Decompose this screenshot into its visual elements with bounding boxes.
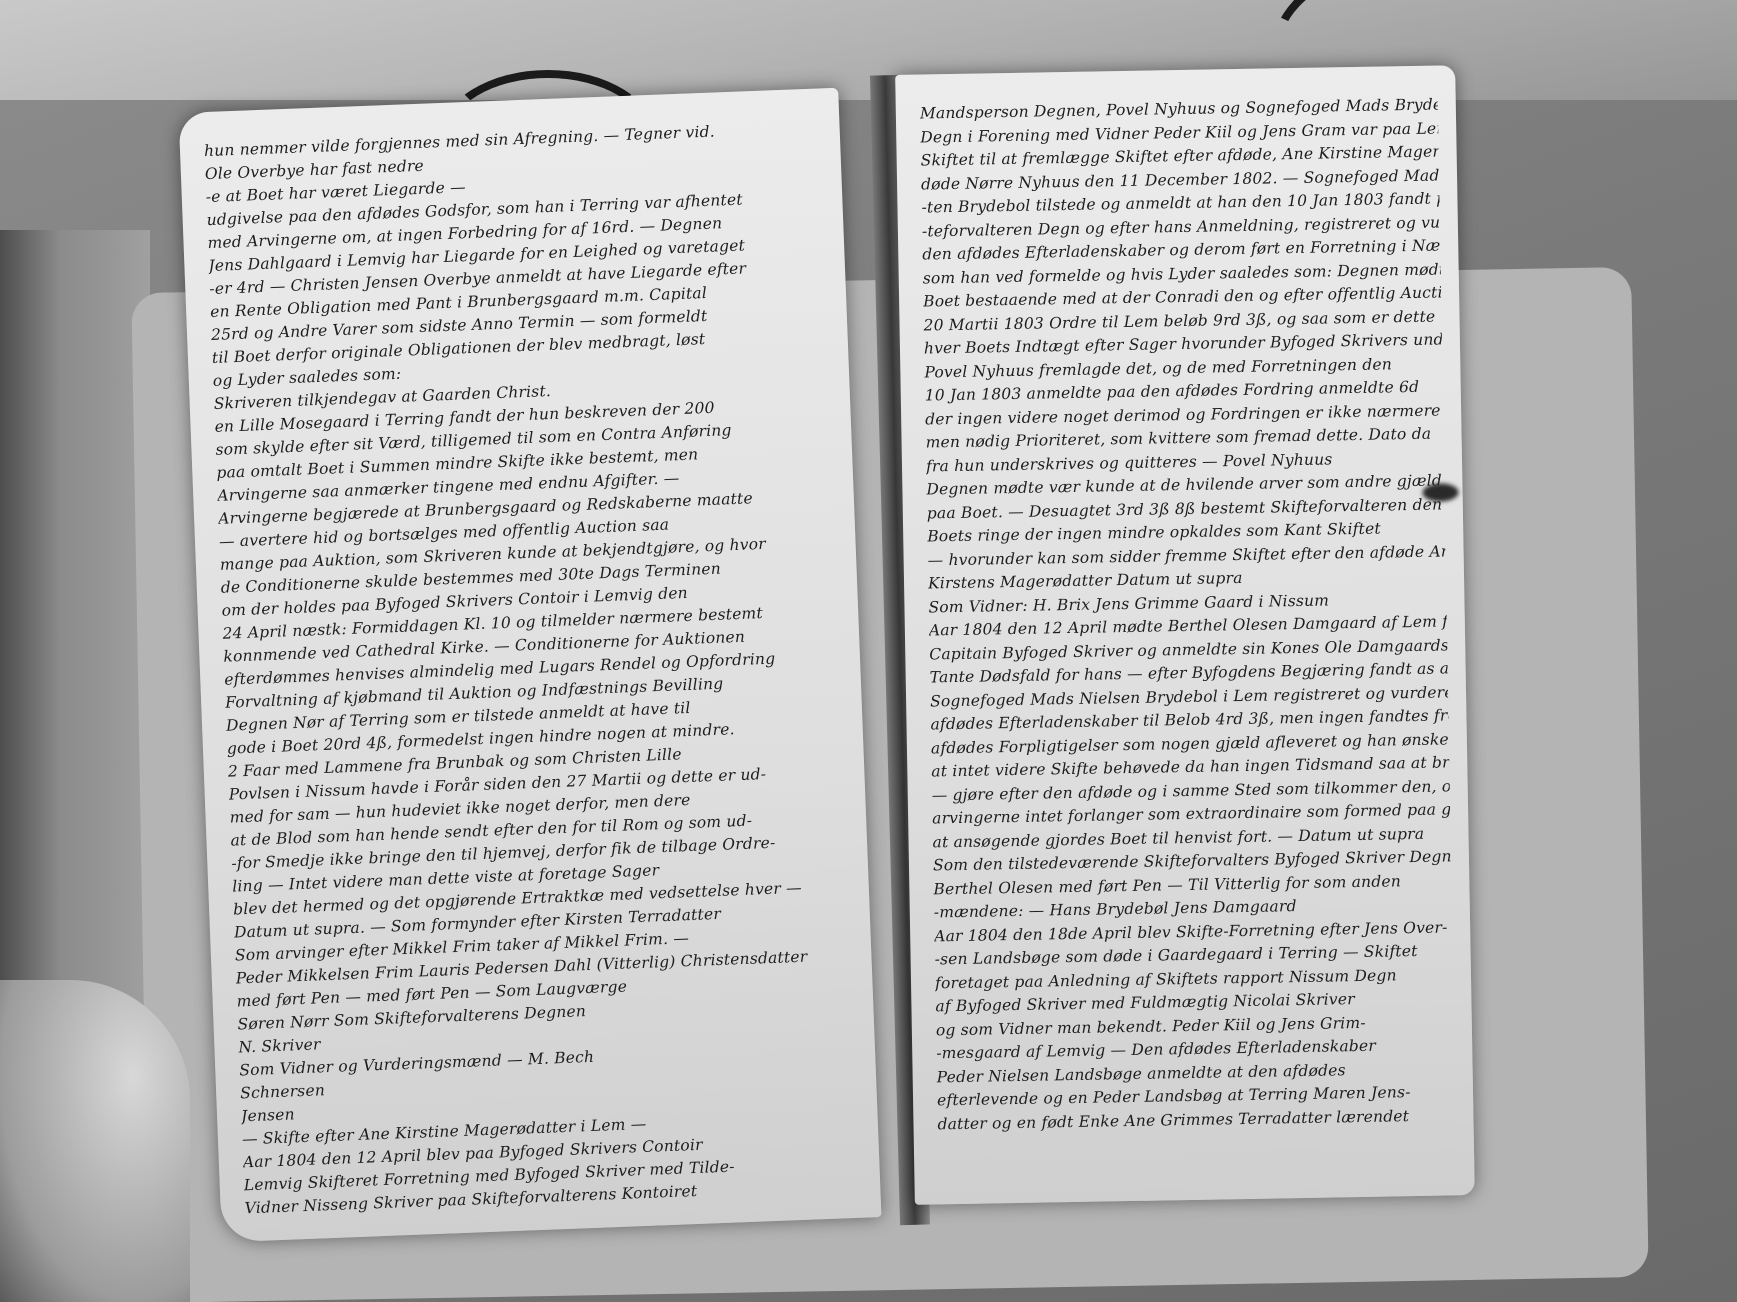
right-page-text: Mandsperson Degnen, Povel Nyhuus og Sogn… (920, 94, 1456, 1137)
hand-holding-book (0, 980, 190, 1302)
right-page: Mandsperson Degnen, Povel Nyhuus og Sogn… (895, 65, 1475, 1205)
left-page: hun nemmer vilde forgjennes med sin Afre… (179, 88, 882, 1243)
left-page-text: hun nemmer vilde forgjennes med sin Afre… (204, 116, 863, 1220)
ink-blot (1422, 483, 1458, 502)
